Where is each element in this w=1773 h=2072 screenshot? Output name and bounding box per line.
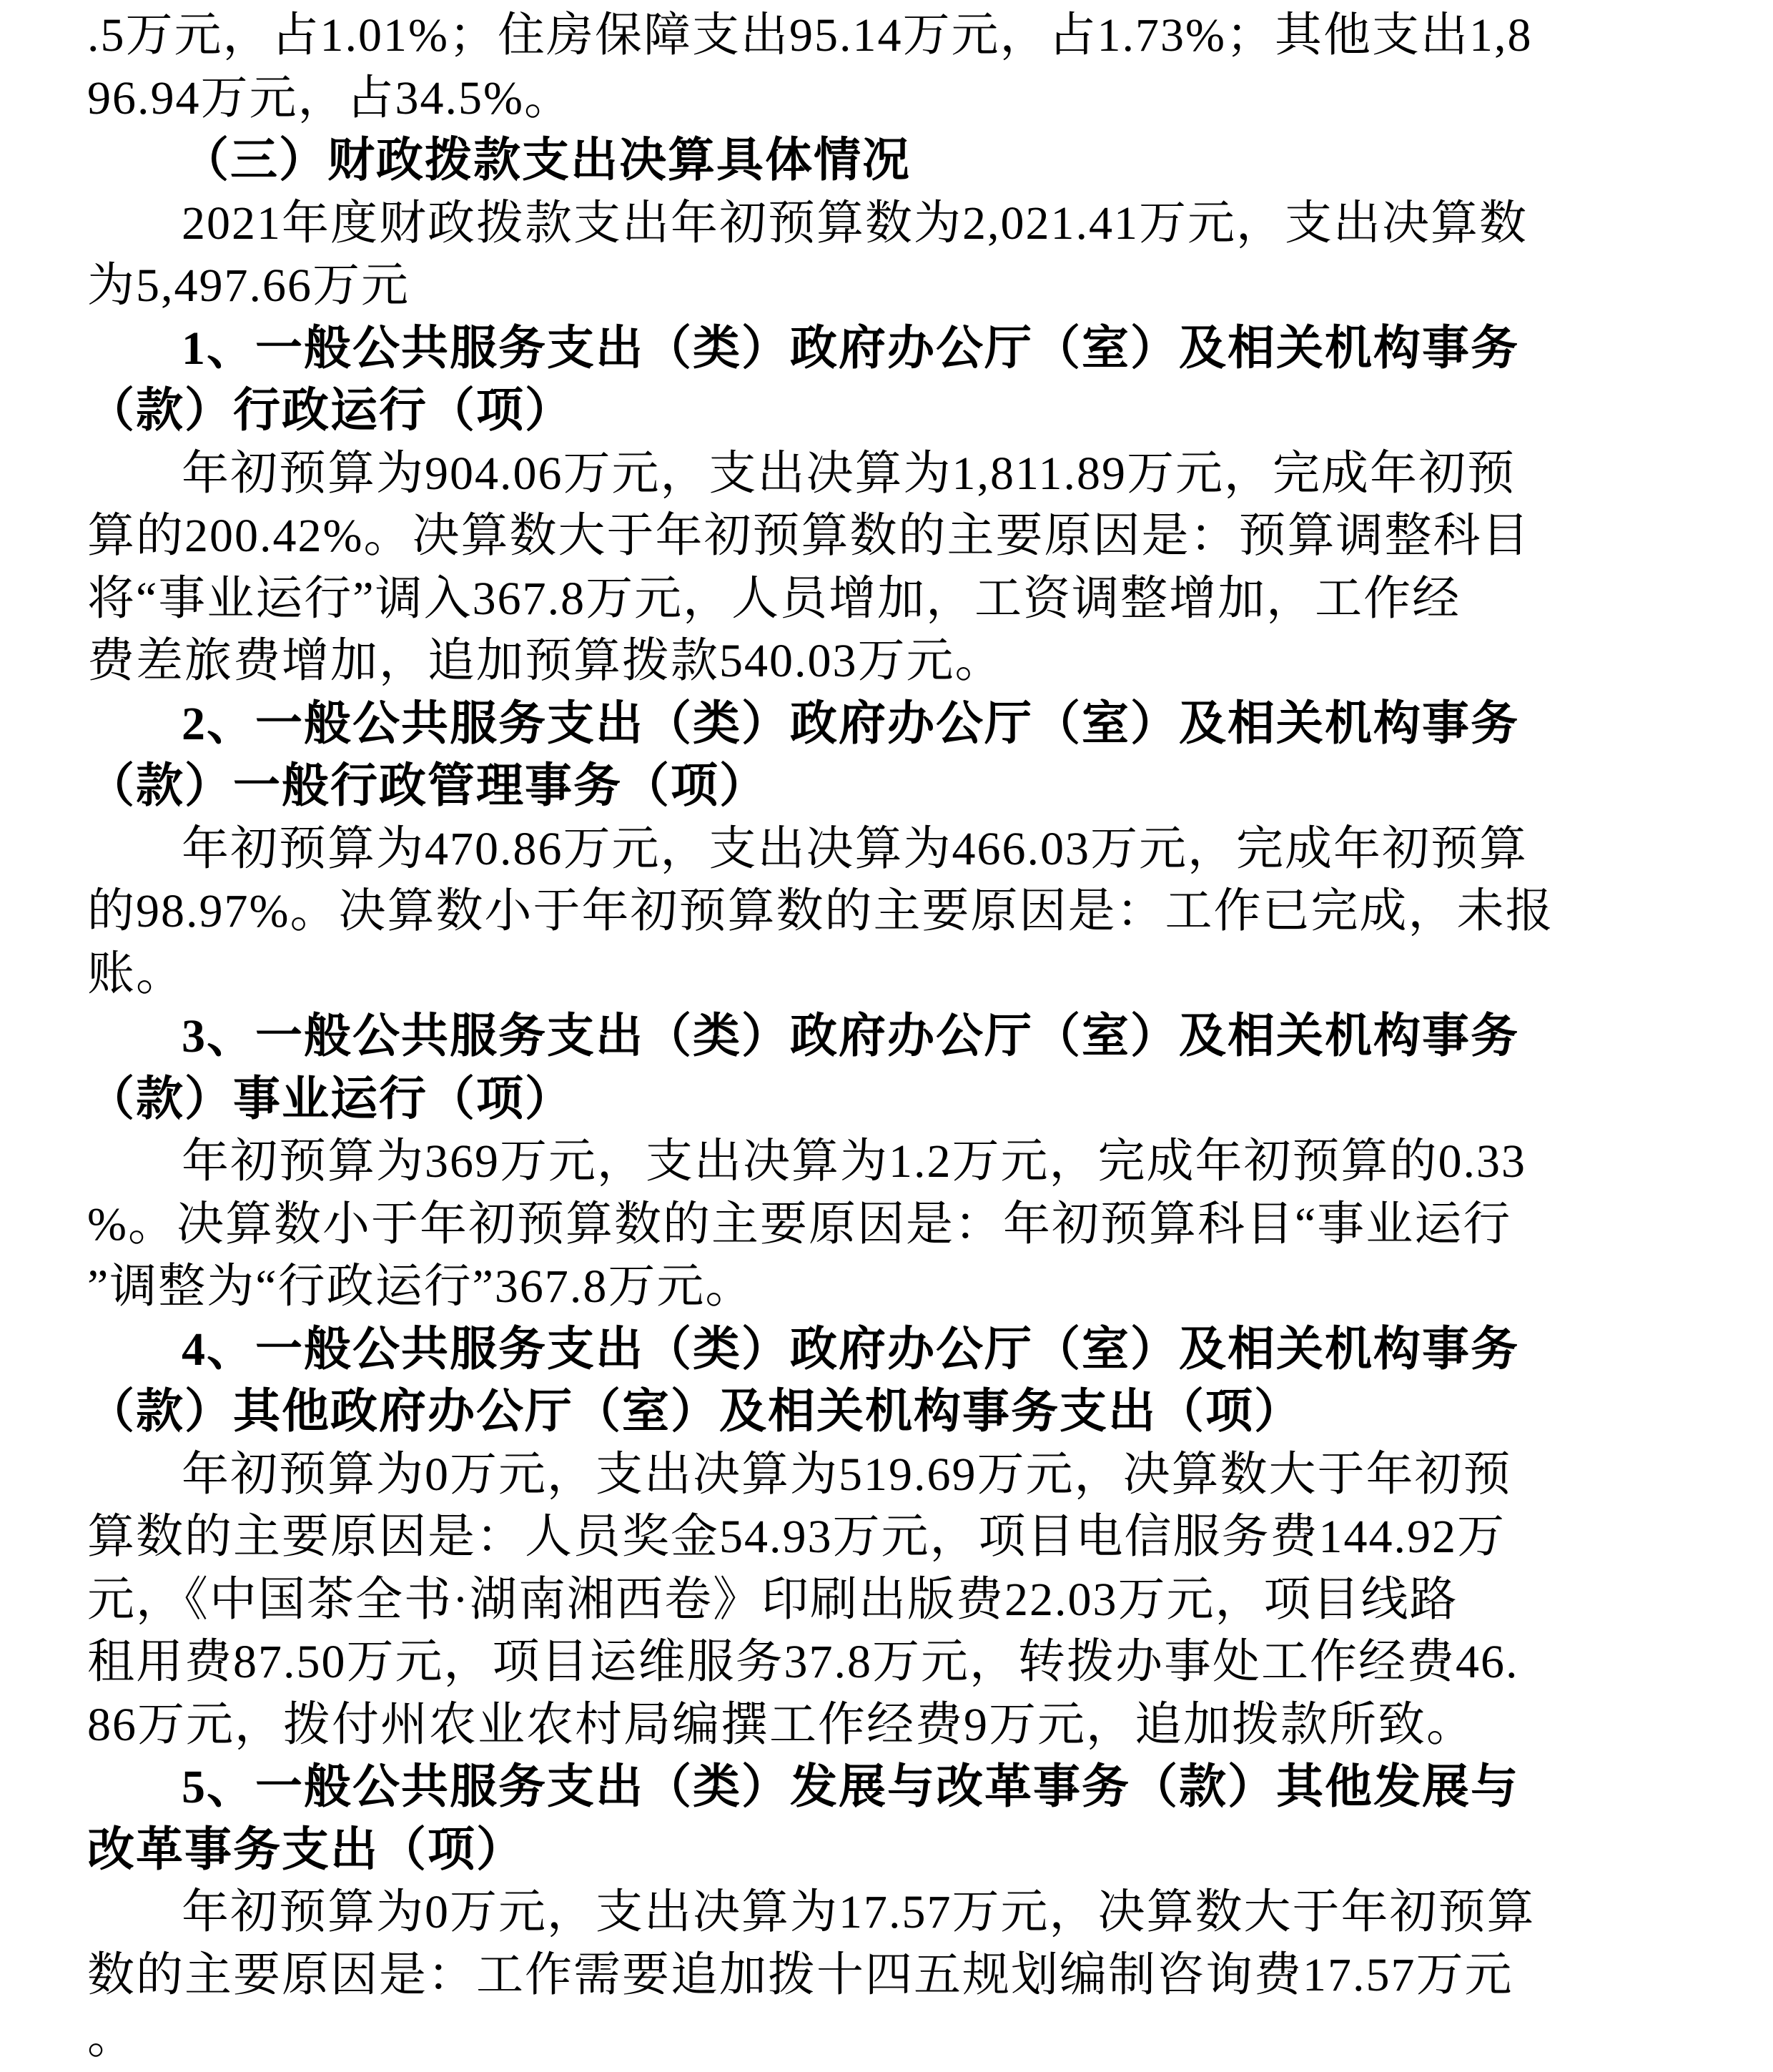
text-line: 1、一般公共服务支出（类）政府办公厅（室）及相关机构事务: [87, 317, 1694, 380]
text-line: 3、一般公共服务支出（类）政府办公厅（室）及相关机构事务: [87, 1005, 1694, 1068]
text-line: 的98.97%。决算数小于年初预算数的主要原因是：工作已完成，未报: [87, 880, 1694, 943]
text-line: 算的200.42%。决算数大于年初预算数的主要原因是：预算调整科目: [87, 505, 1694, 568]
document-text-block: .5万元，占1.01%；住房保障支出95.14万元，占1.73%；其他支出1,8…: [87, 4, 1694, 2069]
text-line: （款）行政运行（项）: [87, 380, 1694, 443]
text-line: 将“事业运行”调入367.8万元，人员增加，工资调整增加，工作经: [87, 568, 1694, 631]
text-line: （三）财政拨款支出决算具体情况: [87, 129, 1694, 192]
document-page: .5万元，占1.01%；住房保障支出95.14万元，占1.73%；其他支出1,8…: [0, 0, 1773, 2072]
text-line: （款）其他政府办公厅（室）及相关机构事务支出（项）: [87, 1381, 1694, 1444]
text-line: 年初预算为470.86万元，支出决算为466.03万元，完成年初预算: [87, 818, 1694, 881]
text-line: 改革事务支出（项）: [87, 1819, 1694, 1882]
text-line: 为5,497.66万元: [87, 255, 1694, 317]
text-line: ”调整为“行政运行”367.8万元。: [87, 1255, 1694, 1318]
text-line: 4、一般公共服务支出（类）政府办公厅（室）及相关机构事务: [87, 1318, 1694, 1381]
text-line: （款）事业运行（项）: [87, 1068, 1694, 1131]
text-line: 2021年度财政拨款支出年初预算数为2,021.41万元，支出决算数: [87, 192, 1694, 255]
text-line: 5、一般公共服务支出（类）发展与改革事务（款）其他发展与: [87, 1756, 1694, 1819]
text-line: 年初预算为369万元，支出决算为1.2万元，完成年初预算的0.33: [87, 1130, 1694, 1193]
text-line: 租用费87.50万元，项目运维服务37.8万元，转拨办事处工作经费46.: [87, 1631, 1694, 1694]
text-line: 元，《中国茶全书·湖南湘西卷》印刷出版费22.03万元，项目线路: [87, 1569, 1694, 1632]
text-line: 算数的主要原因是：人员奖金54.93万元，项目电信服务费144.92万: [87, 1506, 1694, 1569]
text-line: %。决算数小于年初预算数的主要原因是：年初预算科目“事业运行: [87, 1193, 1694, 1256]
text-line: 2、一般公共服务支出（类）政府办公厅（室）及相关机构事务: [87, 693, 1694, 756]
text-line: 账。: [87, 943, 1694, 1006]
text-line: .5万元，占1.01%；住房保障支出95.14万元，占1.73%；其他支出1,8: [87, 4, 1694, 67]
text-line: 数的主要原因是：工作需要追加拨十四五规划编制咨询费17.57万元: [87, 1944, 1694, 2007]
text-line: 。: [87, 2006, 1694, 2069]
text-line: （款）一般行政管理事务（项）: [87, 755, 1694, 818]
text-line: 年初预算为0万元，支出决算为17.57万元，决算数大于年初预算: [87, 1881, 1694, 1944]
text-line: 年初预算为0万元，支出决算为519.69万元，决算数大于年初预: [87, 1444, 1694, 1506]
text-line: 96.94万元，占34.5%。: [87, 67, 1694, 130]
text-line: 费差旅费增加，追加预算拨款540.03万元。: [87, 630, 1694, 693]
text-line: 年初预算为904.06万元，支出决算为1,811.89万元，完成年初预: [87, 443, 1694, 505]
text-line: 86万元，拨付州农业农村局编撰工作经费9万元，追加拨款所致。: [87, 1694, 1694, 1757]
